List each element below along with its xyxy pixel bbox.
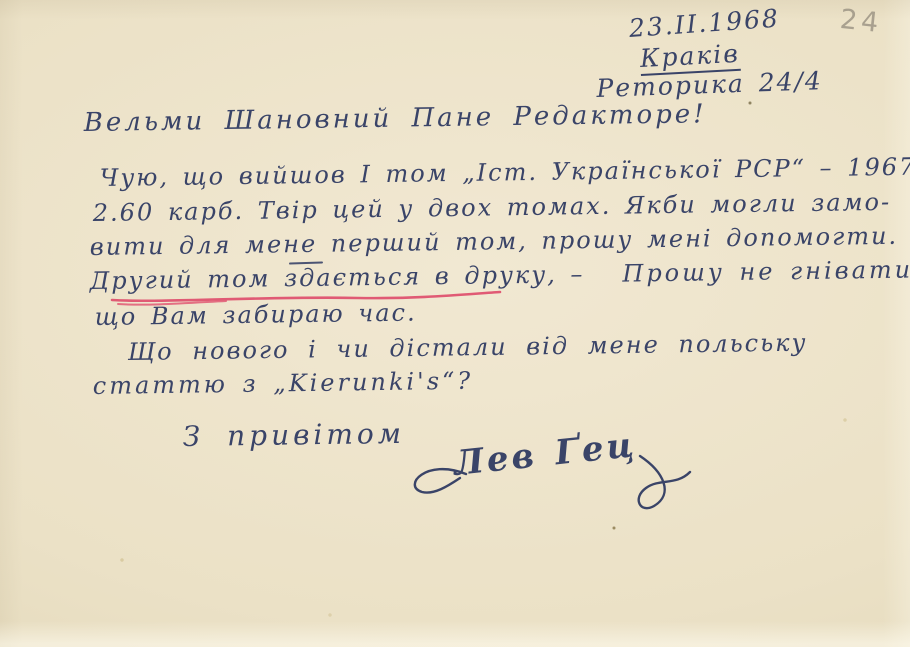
red-pencil-underline [108, 288, 508, 306]
body-line-4-continuation: Прошу не гніватися, [622, 255, 910, 288]
letter-address: Реторика 24/4 [596, 66, 823, 103]
body-line-2: 2.60 карб. Твір цей у двох томах. Якби м… [93, 188, 892, 227]
closing-line: З привітом [183, 417, 406, 453]
body-line-1: Чую, що вийшов І том „Іст. Української Р… [100, 152, 910, 192]
body-line-3: вити для мене перший том, прошу мені доп… [90, 222, 899, 261]
body-line-6: Що нового і чи дістали від мене польську [128, 329, 808, 366]
scanned-letter-page: 24 23.II.1968 Краків Реторика 24/4 Вельм… [0, 0, 910, 647]
body-line-7: статтю з „Kierunki's“? [93, 367, 474, 400]
salutation-line: Вельми Шановний Пане Редакторе! [84, 99, 707, 138]
archival-page-number: 24 [838, 4, 883, 39]
letter-date: 23.II.1968 [628, 4, 781, 43]
